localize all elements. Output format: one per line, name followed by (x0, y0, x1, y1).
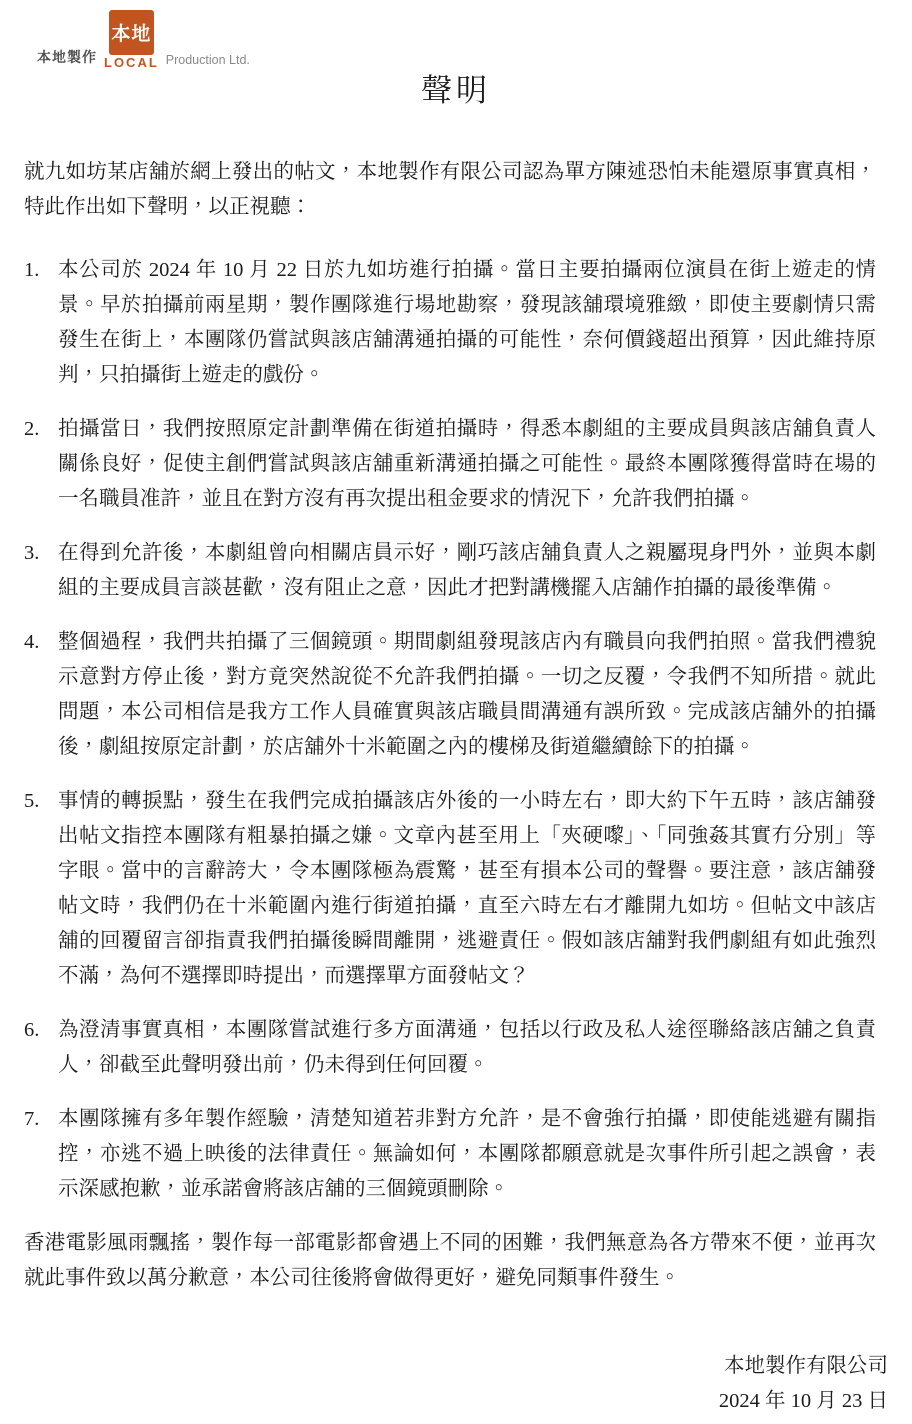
closing-paragraph: 香港電影風雨飄搖，製作每一部電影都會遇上不同的困難，我們無意為各方帶來不便，並再… (24, 1226, 876, 1296)
signature-date: 2024 年 10 月 23 日 (0, 1384, 888, 1419)
statement-item-5: 5. 事情的轉捩點，發生在我們完成拍攝該店外後的一小時左右，即大約下午五時，該店… (24, 784, 876, 994)
item-text: 本公司於 2024 年 10 月 22 日於九如坊進行拍攝。當日主要拍攝兩位演員… (58, 253, 876, 393)
statement-item-6: 6. 為澄清事實真相，本團隊嘗試進行多方面溝通，包括以行政及私人途徑聯絡該店舖之… (24, 1013, 876, 1083)
logo-square-icon: 本地 (109, 10, 154, 55)
item-text: 在得到允許後，本劇組曾向相關店員示好，剛巧該店舖負責人之親屬現身門外，並與本劇組… (58, 536, 876, 606)
item-number: 4. (24, 625, 58, 765)
company-logo: 本地製作 本地 LOCAL Production Ltd. (37, 10, 250, 69)
item-number: 1. (24, 253, 58, 393)
statement-item-3: 3. 在得到允許後，本劇組曾向相關店員示好，剛巧該店舖負責人之親屬現身門外，並與… (24, 536, 876, 606)
statement-body: 就九如坊某店舖於網上發出的帖文，本地製作有限公司認為單方陳述恐怕未能還原事實真相… (0, 155, 912, 1296)
signature-company: 本地製作有限公司 (0, 1349, 888, 1384)
logo-mark: 本地 LOCAL (104, 10, 159, 69)
item-number: 7. (24, 1102, 58, 1207)
item-number: 5. (24, 784, 58, 994)
item-text: 事情的轉捩點，發生在我們完成拍攝該店外後的一小時左右，即大約下午五時，該店舖發出… (58, 784, 876, 994)
item-text: 本團隊擁有多年製作經驗，清楚知道若非對方允許，是不會強行拍攝，即使能逃避有關指控… (58, 1102, 876, 1207)
logo-company-name-cjk: 本地製作 (37, 47, 97, 69)
item-number: 2. (24, 412, 58, 517)
item-text: 拍攝當日，我們按照原定計劃準備在街道拍攝時，得悉本劇組的主要成員與該店舖負責人關… (58, 412, 876, 517)
statement-item-1: 1. 本公司於 2024 年 10 月 22 日於九如坊進行拍攝。當日主要拍攝兩… (24, 253, 876, 393)
item-text: 為澄清事實真相，本團隊嘗試進行多方面溝通，包括以行政及私人途徑聯絡該店舖之負責人… (58, 1013, 876, 1083)
item-text: 整個過程，我們共拍攝了三個鏡頭。期間劇組發現該店內有職員向我們拍照。當我們禮貌示… (58, 625, 876, 765)
logo-company-suffix: Production Ltd. (166, 53, 250, 69)
intro-paragraph: 就九如坊某店舖於網上發出的帖文，本地製作有限公司認為單方陳述恐怕未能還原事實真相… (24, 155, 876, 225)
logo-wordmark: LOCAL (104, 56, 159, 69)
item-number: 3. (24, 536, 58, 606)
statement-item-7: 7. 本團隊擁有多年製作經驗，清楚知道若非對方允許，是不會強行拍攝，即使能逃避有… (24, 1102, 876, 1207)
statement-item-4: 4. 整個過程，我們共拍攝了三個鏡頭。期間劇組發現該店內有職員向我們拍照。當我們… (24, 625, 876, 765)
statement-item-2: 2. 拍攝當日，我們按照原定計劃準備在街道拍攝時，得悉本劇組的主要成員與該店舖負… (24, 412, 876, 517)
item-number: 6. (24, 1013, 58, 1083)
statement-document: 本地製作 本地 LOCAL Production Ltd. 聲明 就九如坊某店舖… (0, 0, 912, 1424)
signature-block: 本地製作有限公司 2024 年 10 月 23 日 (0, 1349, 912, 1419)
